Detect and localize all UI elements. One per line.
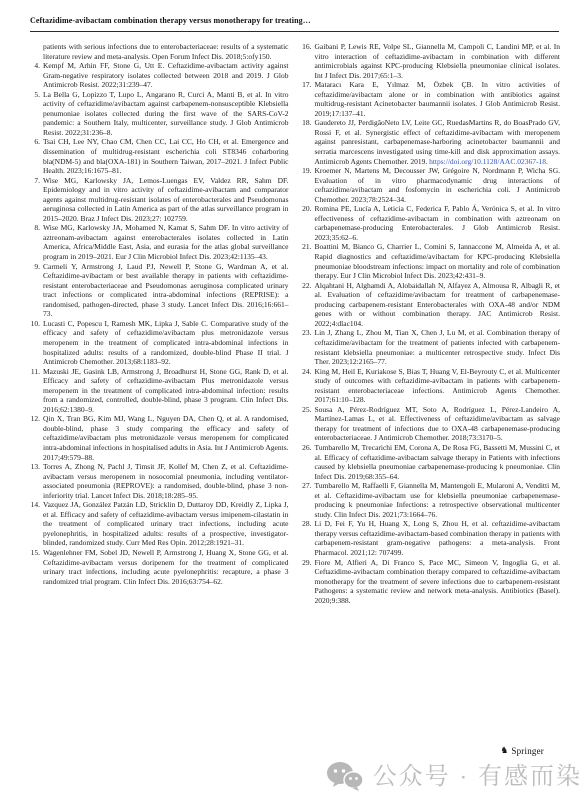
references-section: patients with serious infections due to … [30, 42, 560, 605]
reference-number: 21. [302, 242, 312, 252]
reference-item: 18.Gaudereto JJ, PerdigãoNeto LV, Leite … [302, 118, 561, 166]
reference-number: 22. [302, 281, 312, 291]
reference-text: Gaibani P, Lewis RE, Volpe SL, Giannella… [315, 42, 561, 80]
reference-text: Lucasti C, Popescu I, Ramesh MK, Lipka J… [43, 319, 289, 366]
reference-number: 5. [30, 90, 40, 100]
reference-item: 10.Lucasti C, Popescu I, Ramesh MK, Lipk… [30, 319, 289, 367]
reference-text: Alqahtani H, Alghamdi A, Alobaidallah N,… [315, 281, 561, 328]
reference-number: 4. [30, 61, 40, 71]
reference-text: Vazquez JA, González Patzán LD, Strickli… [43, 500, 289, 547]
reference-number: 9. [30, 262, 40, 272]
reference-number: 28. [302, 519, 312, 529]
publisher-name: Springer [511, 746, 544, 756]
reference-number: 16. [302, 42, 312, 52]
reference-item: 12.Qin X, Tran BG, Kim MJ, Wang L, Nguye… [30, 414, 289, 462]
reference-item: 24.King M, Heil E, Kuriakose S, Bias T, … [302, 367, 561, 405]
reference-text: Mazuski JE, Gasink LB, Armstrong J, Broa… [43, 367, 289, 414]
reference-text: Lin J, Zhang L, Zhou M, Tian X, Chen J, … [315, 328, 561, 366]
reference-number: 24. [302, 367, 312, 377]
reference-text: Qin X, Tran BG, Kim MJ, Wang L, Nguyen D… [43, 414, 289, 461]
reference-item: 16.Gaibani P, Lewis RE, Volpe SL, Gianne… [302, 42, 561, 80]
reference-text: La Bella G, Lopizzo T, Lupo L, Angarano … [43, 90, 289, 137]
reference-text: Mataracı Kara E, Yılmaz M, Özbek ÇB. In … [315, 80, 561, 118]
reference-text: Sousa A, Pérez-Rodríguez MT, Soto A, Rod… [315, 405, 561, 443]
reference-item: 8.Wise MG, Karlowsky JA, Mohamed N, Kama… [30, 223, 289, 261]
reference-item: 11.Mazuski JE, Gasink LB, Armstrong J, B… [30, 367, 289, 415]
reference-text: Boattini M, Bianco G, Charrier L, Comini… [315, 242, 561, 280]
reference-number: 18. [302, 118, 312, 128]
reference-item: 7.Wise MG, Karlowsky JA, Lemos-Luengas E… [30, 176, 289, 224]
paper-page: Ceftazidime-avibactam combination therap… [0, 0, 588, 793]
reference-number: 20. [302, 204, 312, 214]
reference-text: Kroemer N, Martens M, Decousser JW, Grég… [315, 166, 561, 204]
reference-text: King M, Heil E, Kuriakose S, Bias T, Hua… [315, 367, 561, 405]
reference-item: 27.Tumbarello M, Raffaelli F, Giannella … [302, 481, 561, 519]
reference-text: Kempf M, Arhin FF, Stone G, Utt E. Cefta… [43, 61, 289, 89]
wechat-icon [326, 761, 364, 792]
references-right-column: 16.Gaibani P, Lewis RE, Volpe SL, Gianne… [302, 42, 561, 605]
reference-number: 6. [30, 137, 40, 147]
reference-item: patients with serious infections due to … [30, 42, 289, 61]
reference-number: 27. [302, 481, 312, 491]
reference-text: Wise MG, Karlowsky JA, Mohamed N, Kamat … [43, 223, 289, 261]
reference-text: patients with serious infections due to … [43, 42, 289, 61]
reference-text: Torres A, Zhong N, Pachl J, Timsit JF, K… [43, 462, 289, 500]
page-header: Ceftazidime-avibactam combination therap… [30, 16, 559, 32]
reference-text: Li D, Fei F, Yu H, Huang X, Long S, Zhou… [315, 519, 561, 557]
reference-number: 29. [302, 558, 312, 568]
reference-item: 20.Romina PE, Lucía A, Leticia C, Federi… [302, 204, 561, 242]
reference-number: 7. [30, 176, 40, 186]
reference-item: 19.Kroemer N, Martens M, Decousser JW, G… [302, 166, 561, 204]
reference-item: 9.Carmeli Y, Armstrong J, Laud PJ, Newel… [30, 262, 289, 319]
reference-item: 5.La Bella G, Lopizzo T, Lupo L, Angaran… [30, 90, 289, 138]
reference-item: 23.Lin J, Zhang L, Zhou M, Tian X, Chen … [302, 328, 561, 366]
references-left-column: patients with serious infections due to … [30, 42, 289, 605]
running-title: Ceftazidime-avibactam combination therap… [30, 16, 559, 25]
reference-number: 26. [302, 443, 312, 453]
watermark: 公众号 · 有感而染 [326, 761, 582, 792]
reference-text: Wagenlehner FM, Sobel JD, Newell P, Arms… [43, 548, 289, 586]
reference-text: Romina PE, Lucía A, Leticia C, Federica … [315, 204, 561, 242]
watermark-text: 公众号 · 有感而染 [373, 764, 582, 790]
header-rule [30, 31, 559, 32]
reference-text: Tsai CH, Lee NY, Chao CM, Chen CC, Lai C… [43, 137, 289, 175]
reference-number: 23. [302, 328, 312, 338]
reference-number: 12. [30, 414, 40, 424]
reference-item: 4.Kempf M, Arhin FF, Stone G, Utt E. Cef… [30, 61, 289, 90]
reference-number: 11. [30, 367, 40, 377]
reference-item: 14.Vazquez JA, González Patzán LD, Stric… [30, 500, 289, 548]
reference-number: 14. [30, 500, 40, 510]
reference-item: 29.Fiore M, Alfieri A, Di Franco S, Pace… [302, 558, 561, 606]
reference-item: 22.Alqahtani H, Alghamdi A, Alobaidallah… [302, 281, 561, 329]
reference-item: 26.Tumbarello M, Trecarichi EM, Corona A… [302, 443, 561, 481]
springer-logo-icon: ♞ [500, 747, 508, 756]
reference-text: Carmeli Y, Armstrong J, Laud PJ, Newell … [43, 262, 289, 319]
reference-number: 8. [30, 223, 40, 233]
reference-text: Fiore M, Alfieri A, Di Franco S, Pace MC… [315, 558, 561, 605]
reference-number: 13. [30, 462, 40, 472]
reference-text: Wise MG, Karlowsky JA, Lemos-Luengas EV,… [43, 176, 289, 223]
reference-item: 15.Wagenlehner FM, Sobel JD, Newell P, A… [30, 548, 289, 586]
reference-item: 25.Sousa A, Pérez-Rodríguez MT, Soto A, … [302, 405, 561, 443]
doi-link[interactable]: https://doi.org/10.1128/AAC.02367-18. [429, 157, 548, 166]
reference-item: 17.Mataracı Kara E, Yılmaz M, Özbek ÇB. … [302, 80, 561, 118]
reference-number: 25. [302, 405, 312, 415]
reference-item: 21.Boattini M, Bianco G, Charrier L, Com… [302, 242, 561, 280]
reference-item: 13.Torres A, Zhong N, Pachl J, Timsit JF… [30, 462, 289, 500]
reference-item: 28.Li D, Fei F, Yu H, Huang X, Long S, Z… [302, 519, 561, 557]
publisher-logo: ♞ Springer [500, 746, 544, 756]
reference-item: 6.Tsai CH, Lee NY, Chao CM, Chen CC, Lai… [30, 137, 289, 175]
reference-text: Tumbarello M, Raffaelli F, Giannella M, … [315, 481, 561, 519]
reference-number: 15. [30, 548, 40, 558]
reference-number: 17. [302, 80, 312, 90]
reference-number: 10. [30, 319, 40, 329]
reference-text: Tumbarello M, Trecarichi EM, Corona A, D… [315, 443, 561, 481]
reference-number: 19. [302, 166, 312, 176]
